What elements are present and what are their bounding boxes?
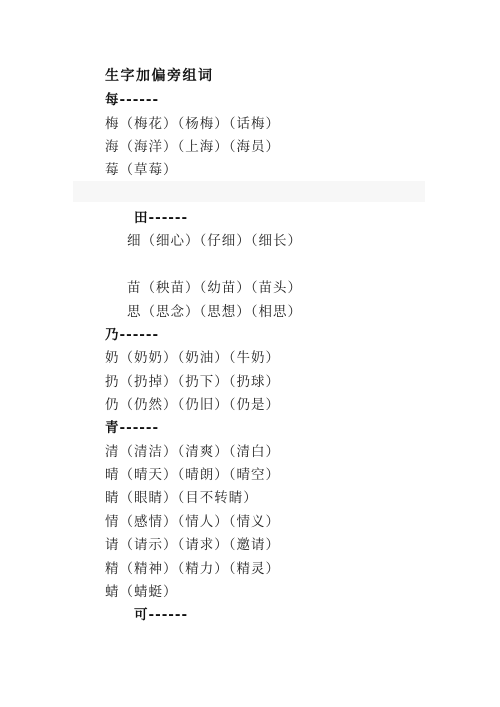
word-row: 莓（草莓）	[105, 162, 178, 178]
word-row: 思（思念）（思想）（相思）	[127, 304, 302, 320]
page-band	[73, 181, 425, 202]
word-row: 睛（眼睛）（目不转睛）	[105, 490, 258, 506]
section-heading-qing: 青------	[105, 420, 159, 436]
word-row: 扔（扔掉）（扔下）（扔球）	[105, 374, 280, 390]
word-row: 精（精神）（精力）（精灵）	[105, 561, 280, 577]
word-row: 情（感情）（情人）（情义）	[105, 514, 280, 530]
word-row: 晴（晴天）（晴朗）（晴空）	[105, 467, 280, 483]
section-heading-ke: 可------	[134, 607, 188, 623]
section-heading-nai: 乃------	[105, 327, 159, 343]
word-row: 清（清洁）（清爽）（清白）	[105, 444, 280, 460]
word-row: 梅（梅花）（杨梅）（话梅）	[105, 116, 280, 132]
word-row: 仍（仍然）（仍旧）（仍是）	[105, 397, 280, 413]
section-heading-tian: 田------	[134, 210, 188, 226]
document-title: 生字加偏旁组词	[105, 68, 214, 84]
word-row: 奶（奶奶）（奶油）（牛奶）	[105, 350, 280, 366]
word-row: 蜻（蜻蜓）	[105, 584, 178, 600]
word-row: 请（请示）（请求）（邀请）	[105, 537, 280, 553]
section-heading-mei: 每------	[105, 92, 159, 108]
word-row: 海（海洋）（上海）（海员）	[105, 139, 280, 155]
word-row: 细（细心）（仔细）（细长）	[127, 233, 302, 249]
word-row: 苗（秧苗）（幼苗）（苗头）	[127, 280, 302, 296]
